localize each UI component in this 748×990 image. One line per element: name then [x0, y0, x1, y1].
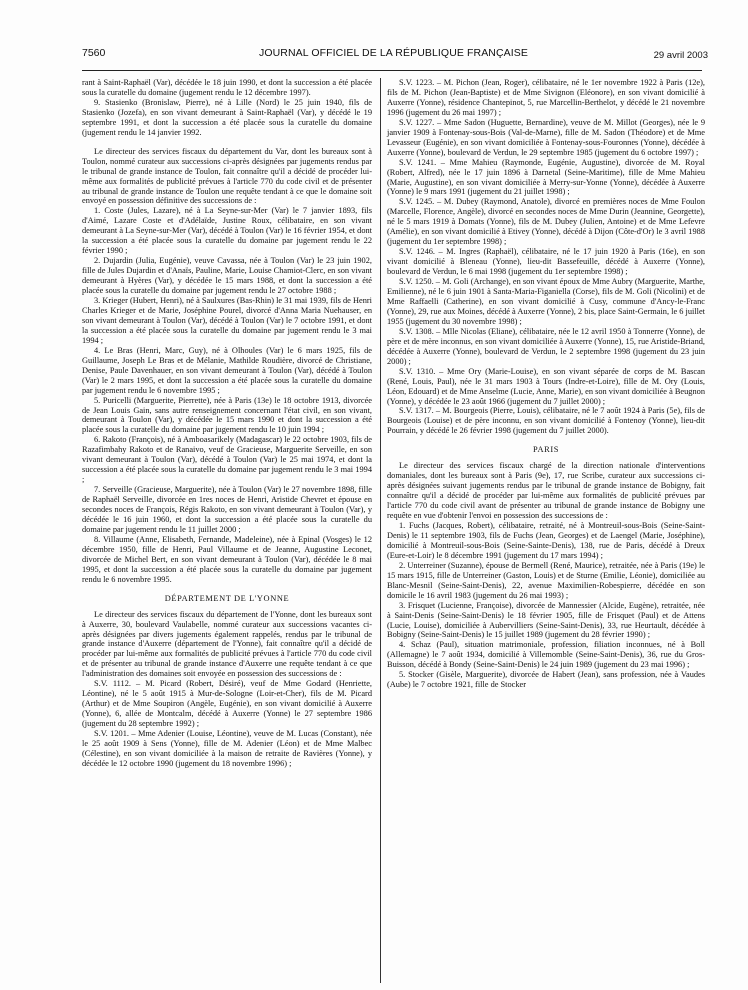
toulon-entry: 3. Krieger (Hubert, Henri), né à Saulxur…: [82, 296, 372, 346]
continued-paragraph: rant à Saint-Raphaël (Var), décédée le 1…: [82, 78, 372, 98]
page-header: 7560 JOURNAL OFFICIEL DE LA RÉPUBLIQUE F…: [82, 47, 705, 67]
toulon-entry: 8. Villaume (Anne, Elisabeth, Fernande, …: [82, 535, 372, 585]
publication-date: 29 avril 2003: [654, 50, 708, 61]
toulon-entry: 6. Rakoto (François), né à Amboasarikely…: [82, 435, 372, 485]
var-entry-9: 9. Stasienko (Bronislaw, Pierre), né à L…: [82, 98, 372, 138]
yonne-entry: S.V. 1241. – Mme Mahieu (Raymonde, Eugén…: [387, 158, 705, 198]
yonne-entry: S.V. 1227. – Mme Sadon (Huguette, Bernar…: [387, 118, 705, 158]
column-divider: [380, 78, 381, 983]
toulon-entry: 7. Serveille (Gracieuse, Marguerite), né…: [82, 485, 372, 535]
paris-entry: 2. Unterreiner (Suzanne), épouse de Berm…: [387, 561, 705, 601]
paris-entry: 3. Frisquet (Lucienne, Françoise), divor…: [387, 601, 705, 641]
toulon-intro-paragraph: Le directeur des services fiscaux du dép…: [82, 147, 372, 207]
paris-intro-paragraph: Le directeur des services fiscaux chargé…: [387, 461, 705, 521]
yonne-entry: S.V. 1250. – M. Goli (Archange), en son …: [387, 277, 705, 327]
toulon-entry: 1. Coste (Jules, Lazare), né à La Seyne-…: [82, 206, 372, 256]
paris-entry: 5. Stocker (Gisèle, Marguerite), divorcé…: [387, 670, 705, 690]
paris-entry: 4. Schaz (Paul), situation matrimoniale,…: [387, 640, 705, 670]
toulon-entry: 5. Puricelli (Marguerite, Pierrette), né…: [82, 396, 372, 436]
toulon-entry: 4. Le Bras (Henri, Marc, Guy), né à Olho…: [82, 346, 372, 396]
yonne-entry: S.V. 1246. – M. Ingres (Raphaël), céliba…: [387, 247, 705, 277]
header-rule: [82, 70, 702, 71]
paris-entry: 1. Fuchs (Jacques, Robert), célibataire,…: [387, 521, 705, 561]
yonne-entry: S.V. 1317. – M. Bourgeois (Pierre, Louis…: [387, 406, 705, 436]
section-heading-paris: PARIS: [387, 445, 705, 455]
yonne-entry: S.V. 1223. – M. Pichon (Jean, Roger), cé…: [387, 78, 705, 118]
yonne-entry: S.V. 1201. – Mme Adenier (Louise, Léonti…: [82, 729, 372, 769]
yonne-entry: S.V. 1112. – M. Picard (Robert, Désiré),…: [82, 679, 372, 729]
right-column: S.V. 1223. – M. Pichon (Jean, Roger), cé…: [387, 78, 705, 690]
journal-title: JOURNAL OFFICIEL DE LA RÉPUBLIQUE FRANÇA…: [82, 47, 705, 59]
yonne-entry: S.V. 1245. – M. Dubey (Raymond, Anatole)…: [387, 197, 705, 247]
yonne-entry: S.V. 1310. – Mme Ory (Marie-Louise), en …: [387, 367, 705, 407]
yonne-entry: S.V. 1308. – Mlle Nicolas (Eliane), céli…: [387, 327, 705, 367]
yonne-intro-paragraph: Le directeur des services fiscaux du dép…: [82, 610, 372, 680]
toulon-entry: 2. Dujardin (Julia, Eugénie), veuve Cava…: [82, 256, 372, 296]
section-heading-yonne: DÉPARTEMENT DE L'YONNE: [82, 594, 372, 604]
left-column: rant à Saint-Raphaël (Var), décédée le 1…: [82, 78, 372, 769]
